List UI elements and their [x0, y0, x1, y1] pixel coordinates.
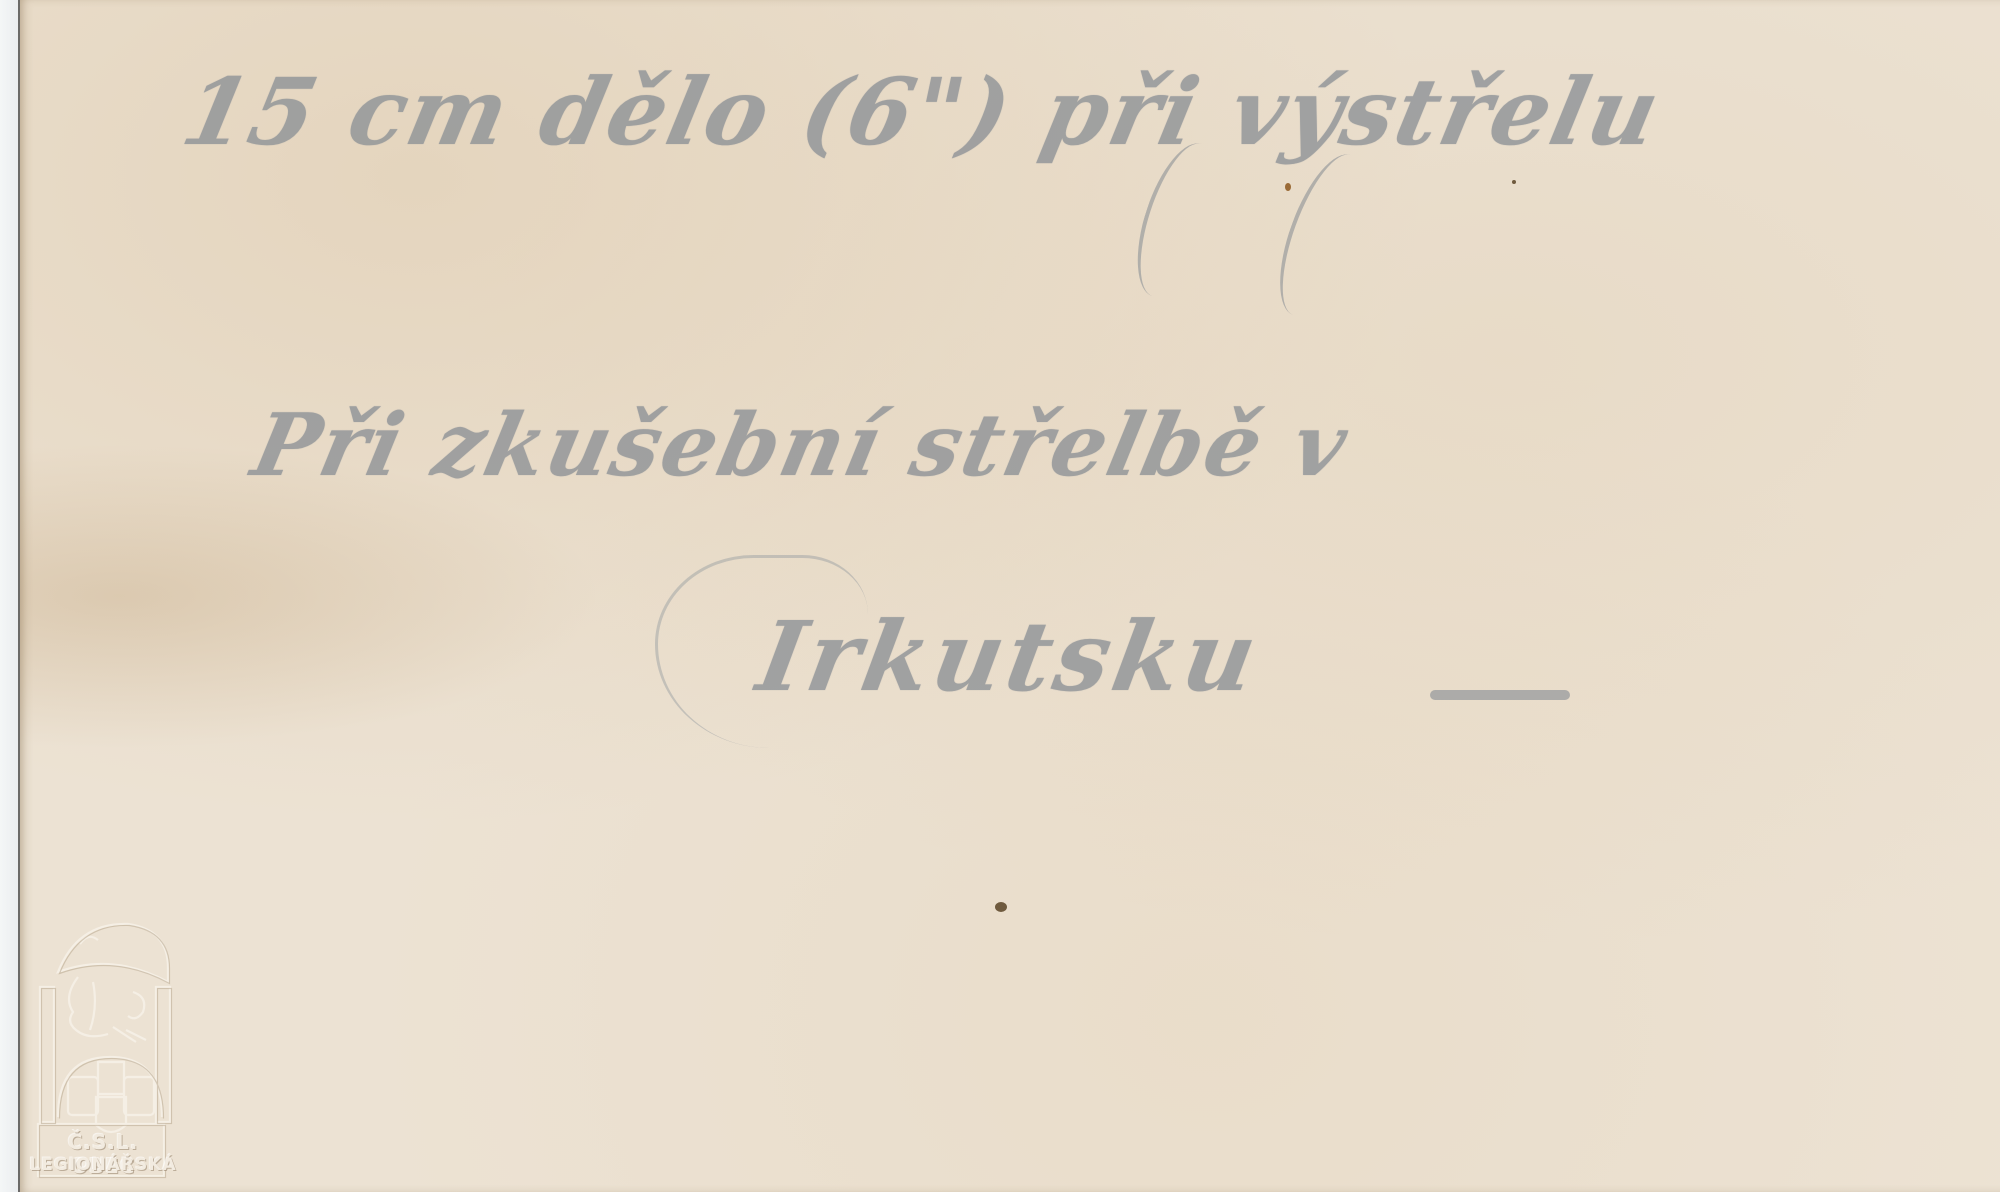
paper-speck — [1512, 180, 1516, 184]
paper-speck — [1285, 183, 1291, 191]
photo-card-back — [18, 0, 2000, 1192]
handwriting-underline-stroke — [1430, 690, 1570, 700]
handwritten-caption-line-2: Při zkušební střelbě v — [244, 395, 1357, 496]
embossed-legion-stamp: Č.S.L. OBEC LEGIONÁŘSKÁ — [18, 912, 182, 1182]
paper-speck — [995, 902, 1007, 912]
stamp-text-line-2: LEGIONÁŘSKÁ — [28, 1155, 178, 1175]
handwritten-caption-line-1: 15 cm dělo (6") při výstřelu — [174, 58, 1670, 166]
handwritten-caption-line-3: Irkutsku — [750, 600, 1268, 713]
